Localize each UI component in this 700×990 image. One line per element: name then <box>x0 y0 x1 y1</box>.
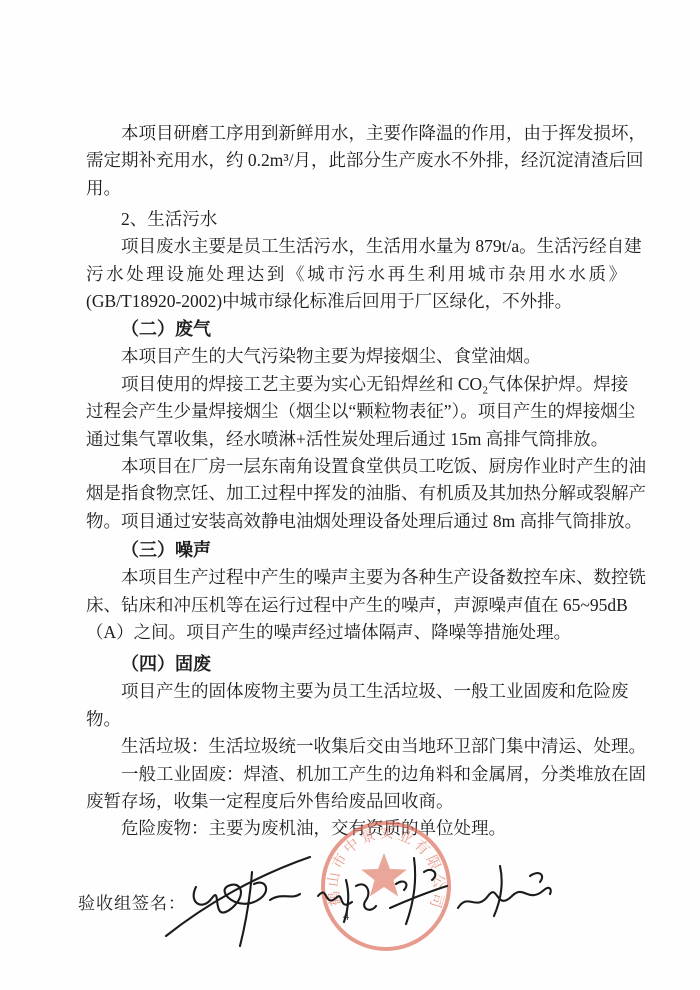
paragraph-line: 污水处理设施处理达到《城市污水再生利用城市杂用水水质》 <box>86 261 620 288</box>
paragraph-line: 物。项目通过安装高效静电油烟处理设备处理后通过 8m 高排气筒排放。 <box>86 508 620 535</box>
paragraph-line: （A）之间。项目产生的噪声经过墙体隔声、降噪等措施处理。 <box>86 619 620 646</box>
page-number: 4 <box>343 909 349 924</box>
paragraph-line: 本项目在厂房一层东南角设置食堂供员工吃饭、厨房作业时产生的油 <box>86 453 620 480</box>
paragraph-line: 项目废水主要是员工生活污水，生活用水量为 879t/a。生活污经自建 <box>86 233 620 260</box>
paragraph-line: 一般工业固废：焊渣、机加工产生的边角料和金属屑，分类堆放在固 <box>86 761 620 788</box>
paragraph-line: 危险废物：主要为废机油，交有资质的单位处理。 <box>86 815 620 842</box>
paragraph-line: 本项目生产过程中产生的噪声主要为各种生产设备数控车床、数控铣 <box>86 564 620 591</box>
paragraph-line: 过程会产生少量焊接烟尘（烟尘以“颗粒物表征”）。项目产生的焊接烟尘 <box>86 398 620 425</box>
paragraph-line: (GB/T18920-2002)中城市绿化标准后回用于厂区绿化，不外排。 <box>86 288 620 315</box>
acceptance-team-signature-label: 验收组签名： <box>78 889 186 914</box>
acceptance-signatures <box>166 857 551 946</box>
paragraph-line: 本项目研磨工序用到新鲜用水，主要作降温的作用，由于挥发损坏， <box>86 120 620 147</box>
paragraph-line: 项目产生的固体废物主要为员工生活垃圾、一般工业固废和危险废 <box>86 678 620 705</box>
section-heading-waste-gas: （二）废气 <box>86 316 620 343</box>
document-page: 本项目研磨工序用到新鲜用水，主要作降温的作用，由于挥发损坏， 需定期补充用水，约… <box>0 0 700 990</box>
section-heading-solid-waste: （四）固废 <box>86 651 620 678</box>
star-icon <box>361 853 407 896</box>
paragraph-line: 用。 <box>86 175 620 202</box>
paragraph-line: 通过集气罩收集，经水喷淋+活性炭处理后通过 15m 高排气筒排放。 <box>86 426 620 453</box>
paragraph-line: 废暂存场，收集一定程度后外售给废品回收商。 <box>86 788 620 815</box>
paragraph-line: 生活垃圾：生活垃圾统一收集后交由当地环卫部门集中清运、处理。 <box>86 733 620 760</box>
section-process-water: 本项目研磨工序用到新鲜用水，主要作降温的作用，由于挥发损坏， 需定期补充用水，约… <box>86 120 620 202</box>
subsection-heading-sewage: 2、生活污水 <box>86 206 620 233</box>
section-heading-noise: （三）噪声 <box>86 537 620 564</box>
signature-4 <box>458 866 551 916</box>
paragraph-line: 床、钻床和冲压机等在运行过程中产生的噪声，声源噪声值在 65~95dB <box>86 592 620 619</box>
paragraph-line: 本项目产生的大气污染物主要为焊接烟尘、食堂油烟。 <box>86 343 620 370</box>
section-noise: （三）噪声 本项目生产过程中产生的噪声主要为各种生产设备数控车床、数控铣 床、钻… <box>86 537 620 647</box>
signature-3 <box>390 858 447 924</box>
section-waste-gas: （二）废气 本项目产生的大气污染物主要为焊接烟尘、食堂油烟。 项目使用的焊接工艺… <box>86 316 620 535</box>
paragraph-line: 物。 <box>86 706 620 733</box>
paragraph-line: 烟是指食物烹饪、加工过程中挥发的油脂、有机质及其加热分解或裂解产 <box>86 480 620 507</box>
section-domestic-sewage: 2、生活污水 项目废水主要是员工生活污水，生活用水量为 879t/a。生活污经自… <box>86 206 620 316</box>
paragraph-line: 项目使用的焊接工艺主要为实心无铅焊丝和 CO₂气体保护焊。焊接 <box>86 371 620 398</box>
paragraph-line: 需定期补充用水，约 0.2m³/月，此部分生产废水不外排，经沉淀清渣后回 <box>86 147 620 174</box>
section-solid-waste: （四）固废 项目产生的固体废物主要为员工生活垃圾、一般工业固废和危险废 物。 生… <box>86 651 620 843</box>
signature-1 <box>166 857 310 946</box>
